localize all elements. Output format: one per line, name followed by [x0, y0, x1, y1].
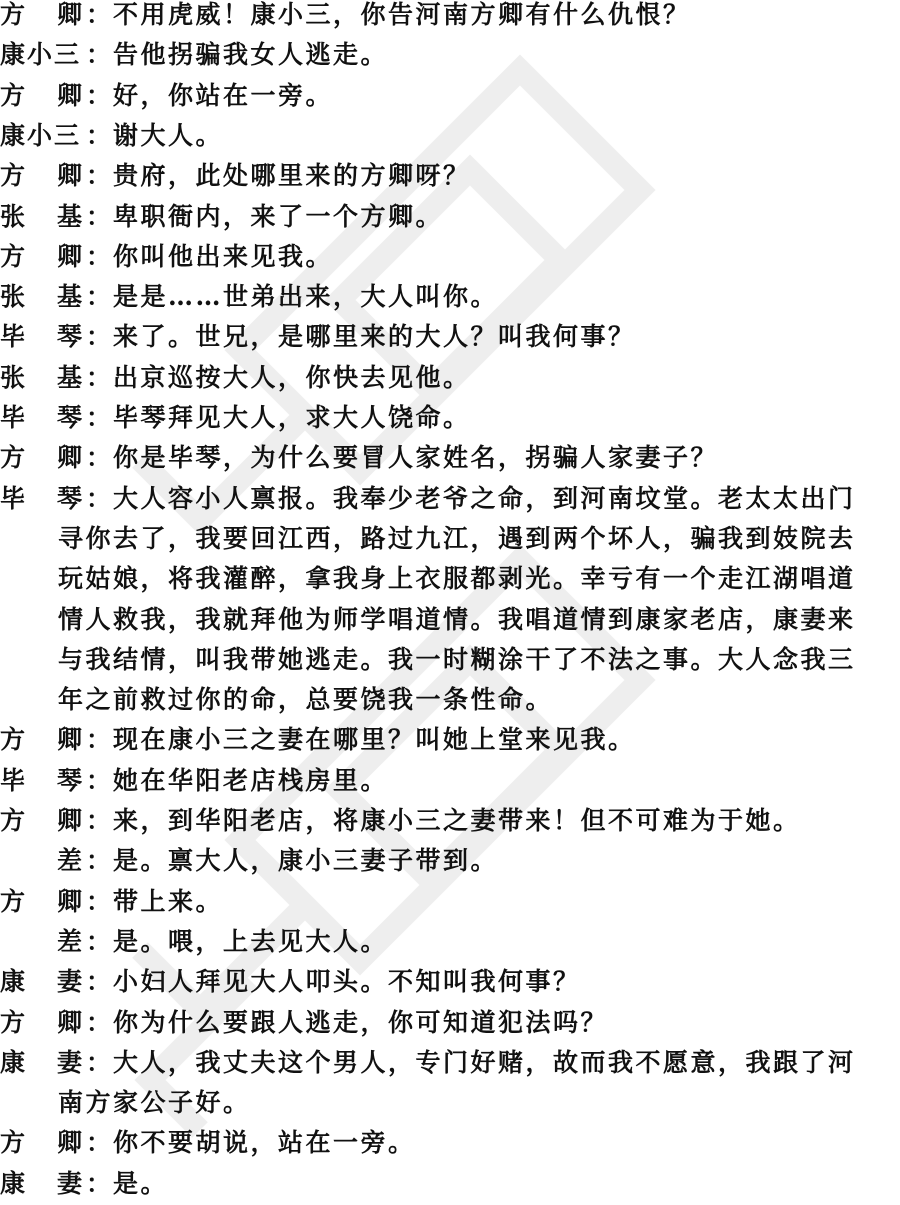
speaker-name-first: 张 [0, 202, 25, 232]
speaker-name-first: 毕 [0, 322, 25, 352]
speaker-colon: ： [86, 403, 113, 433]
dialogue-text: 你为什么要跟人逃走，你可知道犯法吗？ [113, 1008, 608, 1038]
speaker-name-first: 毕 [0, 766, 25, 796]
speaker-colon: ： [86, 806, 113, 836]
speaker-colon: ： [86, 1008, 113, 1038]
speaker-name-first: 方 [0, 443, 25, 473]
dialogue-text: 是是……世弟出来，大人叫你。 [113, 282, 498, 312]
speaker-name-second: 妻 [57, 1048, 82, 1078]
dialogue-text: 谢大人。 [113, 121, 223, 151]
speaker-name-first: 康 [0, 1169, 25, 1199]
speaker-colon: ： [86, 282, 113, 312]
speaker-colon: ： [86, 1169, 113, 1199]
speaker-colon: ： [86, 363, 113, 393]
speaker-name-second: 卿 [57, 887, 82, 917]
dialogue-line: 康小三：告他拐骗我女人逃走。 [0, 40, 388, 80]
dialogue-line: 毕琴：她在华阳老店栈房里。 [0, 766, 388, 806]
speaker-name-second: 差 [57, 846, 82, 876]
speaker-name: 差 [0, 846, 86, 876]
dialogue-text: 大人容小人禀报。我奉少老爷之命，到河南坟堂。老太太出门 [113, 484, 856, 514]
dialogue-continuation-line: 年之前救过你的命，总要饶我一条性命。 [0, 685, 553, 725]
speaker-colon: ： [86, 0, 113, 30]
dialogue-text: 玩姑娘，将我灌醉，拿我身上衣服都剥光。幸亏有一个走江湖唱道 [0, 564, 856, 593]
dialogue-line: 毕琴：大人容小人禀报。我奉少老爷之命，到河南坟堂。老太太出门 [0, 484, 856, 524]
dialogue-continuation-line: 南方家公子好。 [0, 1088, 251, 1128]
dialogue-text: 带上来。 [113, 887, 223, 917]
dialogue-text: 是。喂，上去见大人。 [113, 927, 388, 957]
speaker-name: 方卿 [0, 0, 86, 30]
speaker-name: 方卿 [0, 806, 86, 836]
speaker-name-second: 卿 [57, 242, 82, 272]
dialogue-line: 康小三：谢大人。 [0, 121, 223, 161]
speaker-colon: ： [86, 81, 113, 111]
speaker-name-second: 基 [57, 202, 82, 232]
speaker-name: 毕琴 [0, 403, 86, 433]
dialogue-line: 毕琴：毕琴拜见大人，求大人饶命。 [0, 403, 471, 443]
dialogue-text: 来了。世兄，是哪里来的大人？叫我何事？ [113, 322, 636, 352]
dialogue-line: 方卿：好，你站在一旁。 [0, 81, 333, 121]
speaker-name: 康妻 [0, 1169, 86, 1199]
dialogue-line: 方卿：你是毕琴，为什么要冒人家姓名，拐骗人家妻子？ [0, 443, 718, 483]
dialogue-line: 方卿：你不要胡说，站在一旁。 [0, 1128, 416, 1168]
speaker-name: 方卿 [0, 725, 86, 755]
dialogue-continuation-line: 情人救我，我就拜他为师学唱道情。我唱道情到康家老店，康妻来 [0, 605, 856, 645]
dialogue-line: 康妻：大人，我丈夫这个男人，专门好赌，故而我不愿意，我跟了河 [0, 1048, 856, 1088]
speaker-colon: ： [86, 40, 113, 70]
speaker-name-first: 方 [0, 161, 25, 191]
dialogue-line: 差：是。喂，上去见大人。 [0, 927, 388, 967]
speaker-name: 方卿 [0, 161, 86, 191]
dialogue-line: 方卿：贵府，此处哪里来的方卿呀？ [0, 161, 471, 201]
speaker-name: 张基 [0, 202, 86, 232]
speaker-name-second: 卿 [57, 443, 82, 473]
speaker-name-second: 卿 [57, 725, 82, 755]
dialogue-continuation-line: 寻你去了，我要回江西，路过九江，遇到两个坏人，骗我到妓院去 [0, 524, 856, 564]
speaker-name-second: 差 [57, 927, 82, 957]
speaker-colon: ： [86, 443, 113, 473]
dialogue-text: 是。 [113, 1169, 168, 1199]
dialogue-line: 康妻：是。 [0, 1169, 168, 1205]
dialogue-text: 南方家公子好。 [0, 1088, 251, 1117]
speaker-name: 方卿 [0, 887, 86, 917]
speaker-name-first: 方 [0, 0, 25, 30]
speaker-colon: ： [86, 322, 113, 352]
speaker-name-second: 卿 [57, 81, 82, 111]
dialogue-text: 贵府，此处哪里来的方卿呀？ [113, 161, 471, 191]
speaker-name-first: 方 [0, 887, 25, 917]
dialogue-text: 毕琴拜见大人，求大人饶命。 [113, 403, 471, 433]
speaker-colon: ： [86, 725, 113, 755]
speaker-name: 方卿 [0, 81, 86, 111]
speaker-name: 毕琴 [0, 484, 86, 514]
speaker-name: 康小三 [0, 40, 86, 70]
speaker-name: 康小三 [0, 121, 86, 151]
speaker-name: 方卿 [0, 1008, 86, 1038]
dialogue-line: 方卿：你叫他出来见我。 [0, 242, 333, 282]
speaker-name: 毕琴 [0, 766, 86, 796]
speaker-name-first: 方 [0, 1008, 25, 1038]
speaker-name: 方卿 [0, 1128, 86, 1158]
speaker-name-second: 琴 [57, 766, 82, 796]
dialogue-line: 张基：卑职衙内，来了一个方卿。 [0, 202, 443, 242]
speaker-name-first: 方 [0, 1128, 25, 1158]
dialogue-text: 大人，我丈夫这个男人，专门好赌，故而我不愿意，我跟了河 [113, 1048, 856, 1078]
speaker-colon: ： [86, 242, 113, 272]
speaker-name-first: 康 [0, 1048, 25, 1078]
speaker-colon: ： [86, 1048, 113, 1078]
speaker-name-second: 卿 [57, 1008, 82, 1038]
dialogue-text: 现在康小三之妻在哪里？叫她上堂来见我。 [113, 725, 636, 755]
speaker-name-first: 方 [0, 81, 25, 111]
speaker-name-second: 基 [57, 282, 82, 312]
dialogue-text: 不用虎威！康小三，你告河南方卿有什么仇恨？ [113, 0, 691, 30]
dialogue-line: 方卿：来，到华阳老店，将康小三之妻带来！但不可难为于她。 [0, 806, 801, 846]
speaker-name-first: 方 [0, 725, 25, 755]
speaker-name-first: 毕 [0, 484, 25, 514]
speaker-colon: ： [86, 766, 113, 796]
dialogue-line: 方卿：带上来。 [0, 887, 223, 927]
speaker-name-second: 卿 [57, 806, 82, 836]
dialogue-line: 方卿：不用虎威！康小三，你告河南方卿有什么仇恨？ [0, 0, 691, 40]
speaker-name-first: 毕 [0, 403, 25, 433]
dialogue-text: 寻你去了，我要回江西，路过九江，遇到两个坏人，骗我到妓院去 [0, 524, 856, 553]
speaker-name-first: 康 [0, 967, 25, 997]
speaker-name-first: 张 [0, 363, 25, 393]
speaker-name: 差 [0, 927, 86, 957]
speaker-name-second: 基 [57, 363, 82, 393]
speaker-name-second: 卿 [57, 1128, 82, 1158]
speaker-name: 康妻 [0, 1048, 86, 1078]
speaker-name-second: 琴 [57, 403, 82, 433]
speaker-colon: ： [86, 202, 113, 232]
speaker-name: 张基 [0, 282, 86, 312]
speaker-name: 康妻 [0, 967, 86, 997]
speaker-name-first: 张 [0, 282, 25, 312]
speaker-name-second: 卿 [57, 0, 82, 30]
dialogue-text: 你不要胡说，站在一旁。 [113, 1128, 416, 1158]
speaker-name-full: 康小三 [0, 40, 81, 70]
speaker-colon: ： [86, 121, 113, 151]
dialogue-text: 你叫他出来见我。 [113, 242, 333, 272]
speaker-colon: ： [86, 1128, 113, 1158]
dialogue-text: 她在华阳老店栈房里。 [113, 766, 388, 796]
dialogue-line: 方卿：现在康小三之妻在哪里？叫她上堂来见我。 [0, 725, 636, 765]
speaker-colon: ： [86, 161, 113, 191]
dialogue-text: 与我结情，叫我带她逃走。我一时糊涂干了不法之事。大人念我三 [0, 645, 856, 674]
dialogue-line: 差：是。禀大人，康小三妻子带到。 [0, 846, 498, 886]
speaker-name-second: 卿 [57, 161, 82, 191]
dialogue-line: 张基：是是……世弟出来，大人叫你。 [0, 282, 498, 322]
speaker-name: 毕琴 [0, 322, 86, 352]
dialogue-text: 是。禀大人，康小三妻子带到。 [113, 846, 498, 876]
dialogue-text: 年之前救过你的命，总要饶我一条性命。 [0, 685, 553, 714]
speaker-name: 张基 [0, 363, 86, 393]
dialogue-text: 你是毕琴，为什么要冒人家姓名，拐骗人家妻子？ [113, 443, 718, 473]
speaker-name-second: 琴 [57, 484, 82, 514]
speaker-colon: ： [86, 927, 113, 957]
dialogue-text: 好，你站在一旁。 [113, 81, 333, 111]
speaker-colon: ： [86, 967, 113, 997]
dialogue-text: 卑职衙内，来了一个方卿。 [113, 202, 443, 232]
speaker-name-second: 琴 [57, 322, 82, 352]
speaker-name-second: 妻 [57, 967, 82, 997]
speaker-name-full: 康小三 [0, 121, 81, 151]
speaker-colon: ： [86, 484, 113, 514]
speaker-name-second: 妻 [57, 1169, 82, 1199]
dialogue-text: 来，到华阳老店，将康小三之妻带来！但不可难为于她。 [113, 806, 801, 836]
speaker-colon: ： [86, 887, 113, 917]
dialogue-line: 毕琴：来了。世兄，是哪里来的大人？叫我何事？ [0, 322, 636, 362]
dialogue-continuation-line: 玩姑娘，将我灌醉，拿我身上衣服都剥光。幸亏有一个走江湖唱道 [0, 564, 856, 604]
speaker-name: 方卿 [0, 443, 86, 473]
speaker-name-first: 方 [0, 806, 25, 836]
dialogue-continuation-line: 与我结情，叫我带她逃走。我一时糊涂干了不法之事。大人念我三 [0, 645, 856, 685]
dialogue-line: 张基：出京巡按大人，你快去见他。 [0, 363, 471, 403]
speaker-name: 方卿 [0, 242, 86, 272]
dialogue-text: 情人救我，我就拜他为师学唱道情。我唱道情到康家老店，康妻来 [0, 605, 856, 634]
dialogue-text: 小妇人拜见大人叩头。不知叫我何事？ [113, 967, 581, 997]
speaker-colon: ： [86, 846, 113, 876]
dialogue-line: 康妻：小妇人拜见大人叩头。不知叫我何事？ [0, 967, 581, 1007]
speaker-name-first: 方 [0, 242, 25, 272]
dialogue-text: 告他拐骗我女人逃走。 [113, 40, 388, 70]
dialogue-line: 方卿：你为什么要跟人逃走，你可知道犯法吗？ [0, 1008, 608, 1048]
dialogue-text: 出京巡按大人，你快去见他。 [113, 363, 471, 393]
